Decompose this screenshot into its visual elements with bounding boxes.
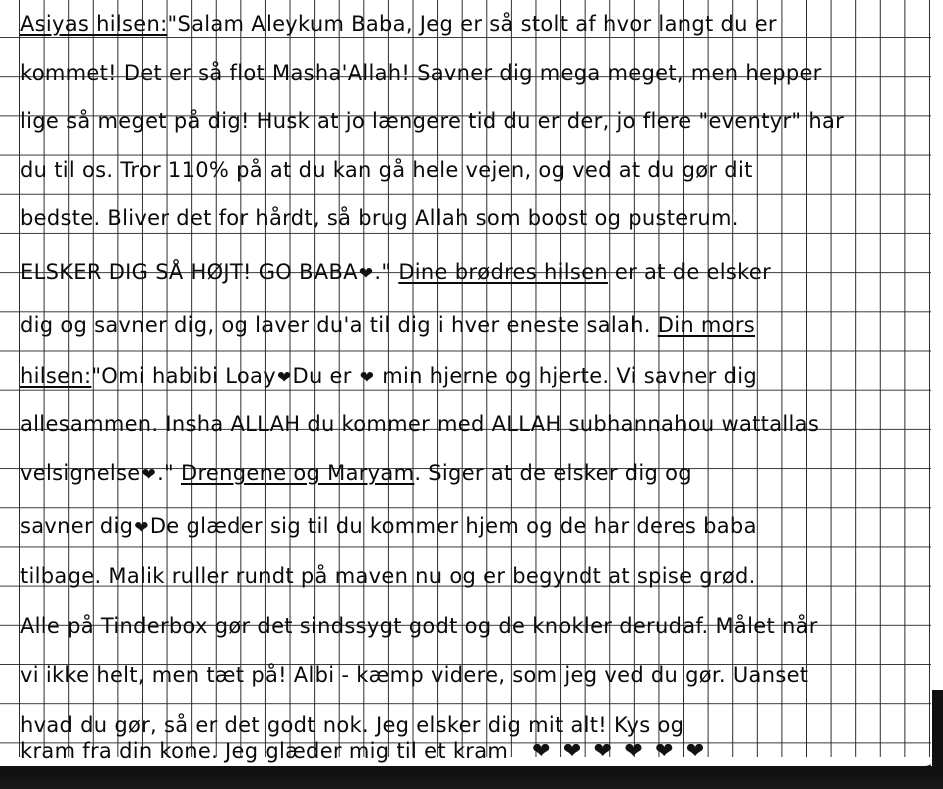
heart-doodle-icon: ❤ xyxy=(142,465,157,485)
heart-doodles-row: ❤❤❤❤❤❤ xyxy=(526,739,710,763)
letter-line: velsignelse❤." Drengene og Maryam. Siger… xyxy=(20,461,692,485)
letter-text: De glæder sig til du kommer hjem og de h… xyxy=(150,514,757,538)
letter-line: Asiyas hilsen:"Salam Aleykum Baba, Jeg e… xyxy=(20,12,777,36)
greeting-heading: Drengene og Maryam xyxy=(181,461,414,485)
letter-line: savner dig❤De glæder sig til du kommer h… xyxy=(20,514,757,538)
letter-line: allesammen. Insha ALLAH du kommer med AL… xyxy=(20,412,819,436)
dark-background-edge xyxy=(932,690,943,770)
letter-text: Du er xyxy=(293,364,359,388)
letter-text: lige så meget på dig! Husk at jo længere… xyxy=(20,109,844,133)
letter-text: dig og savner dig, og laver du'a til dig… xyxy=(20,313,658,337)
letter-text: . Siger at de elsker dig og xyxy=(414,461,692,485)
heart-doodle-icon: ❤ xyxy=(624,739,643,764)
letter-line: hilsen:"Omi habibi Loay❤Du er ❤ min hjer… xyxy=(20,364,757,388)
letter-text: bedste. Bliver det for hårdt, så brug Al… xyxy=(20,206,739,230)
letter-line: hvad du gør, så er det godt nok. Jeg els… xyxy=(20,713,684,737)
letter-text: ." xyxy=(374,260,398,284)
letter-text: hvad du gør, så er det godt nok. Jeg els… xyxy=(20,713,684,737)
letter-text: "Salam Aleykum Baba, Jeg er så stolt af … xyxy=(167,12,776,36)
letter-text: ELSKER DIG SÅ HØJT! GO BABA xyxy=(20,260,358,284)
letter-text: vi ikke helt, men tæt på! Albi - kæmp vi… xyxy=(20,663,808,687)
letter-line: dig og savner dig, og laver du'a til dig… xyxy=(20,313,755,337)
letter-line: Alle på Tinderbox gør det sindssygt godt… xyxy=(20,614,818,638)
letter-line: lige så meget på dig! Husk at jo længere… xyxy=(20,109,844,133)
heart-doodle-icon: ❤ xyxy=(686,739,705,764)
heart-doodle-icon: ❤ xyxy=(277,368,292,388)
letter-text: tilbage. Malik ruller rundt på maven nu … xyxy=(20,564,756,588)
greeting-heading: Dine brødres hilsen xyxy=(398,260,608,284)
greeting-heading: Asiyas hilsen: xyxy=(20,12,167,36)
letter-text: du til os. Tror 110% på at du kan gå hel… xyxy=(20,158,753,182)
letter-line: ELSKER DIG SÅ HØJT! GO BABA❤." Dine brød… xyxy=(20,260,771,284)
letter-line: bedste. Bliver det for hårdt, så brug Al… xyxy=(20,206,739,230)
letter-text: Alle på Tinderbox gør det sindssygt godt… xyxy=(20,614,818,638)
heart-doodle-icon: ❤ xyxy=(563,739,582,764)
letter-line: kommet! Det er så flot Masha'Allah! Savn… xyxy=(20,61,822,85)
letter-text: "Omi habibi Loay xyxy=(91,364,276,388)
letter-line: du til os. Tror 110% på at du kan gå hel… xyxy=(20,158,753,182)
dark-background-strip xyxy=(0,766,943,789)
letter-text: min hjerne og hjerte. Vi savner dig xyxy=(375,364,757,388)
heart-doodle-icon: ❤ xyxy=(655,739,674,764)
letter-line: kram fra din kone. Jeg glæder mig til et… xyxy=(20,739,711,764)
heart-doodle-icon: ❤ xyxy=(134,518,149,538)
greeting-heading: Din mors xyxy=(658,313,755,337)
heart-doodle-icon: ❤ xyxy=(532,739,551,764)
letter-text: kommet! Det er så flot Masha'Allah! Savn… xyxy=(20,61,822,85)
letter-text: er at de elsker xyxy=(608,260,771,284)
greeting-heading: hilsen: xyxy=(20,364,91,388)
letter-text: velsignelse xyxy=(20,461,141,485)
letter-line: vi ikke helt, men tæt på! Albi - kæmp vi… xyxy=(20,663,808,687)
letter-line: tilbage. Malik ruller rundt på maven nu … xyxy=(20,564,756,588)
heart-doodle-icon: ❤ xyxy=(359,264,374,284)
heart-doodle-icon: ❤ xyxy=(594,739,613,764)
letter-text: savner dig xyxy=(20,514,133,538)
heart-doodle-icon: ❤ xyxy=(360,368,375,388)
letter-text: allesammen. Insha ALLAH du kommer med AL… xyxy=(20,412,819,436)
letter-text: ." xyxy=(157,461,181,485)
letter-text: kram fra din kone. Jeg glæder mig til et… xyxy=(20,739,508,763)
